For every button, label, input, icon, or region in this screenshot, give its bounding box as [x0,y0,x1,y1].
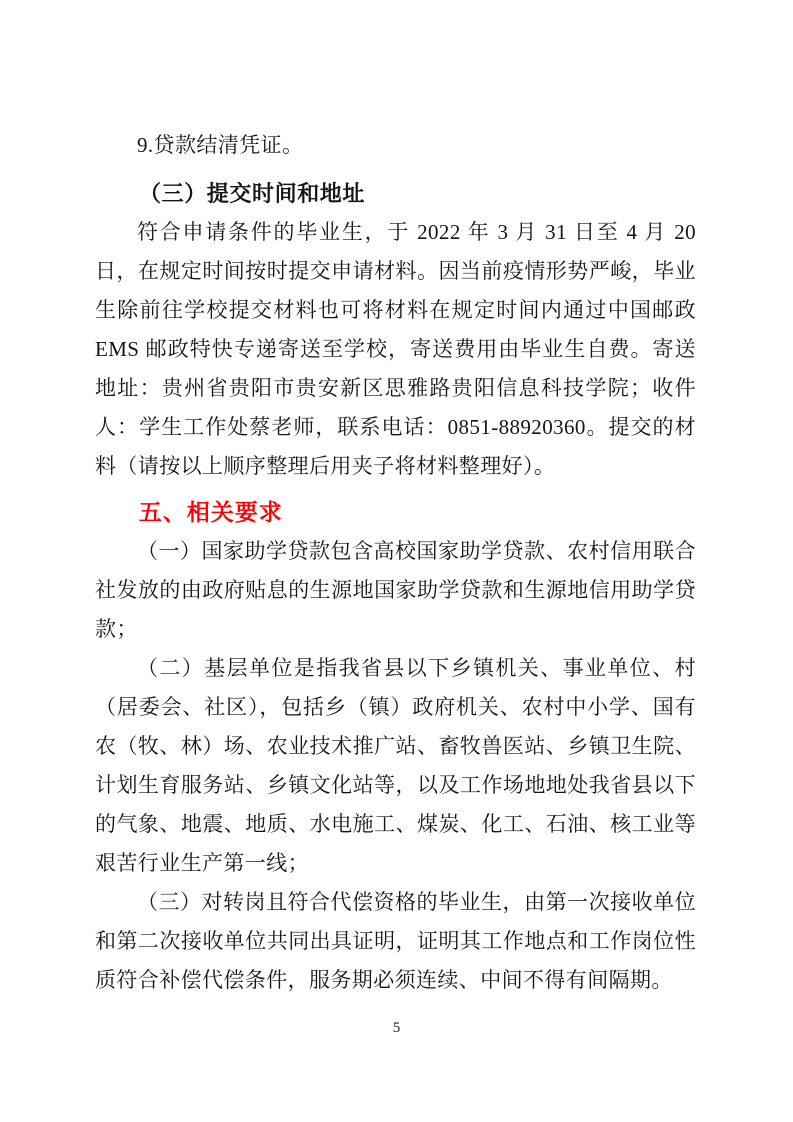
section-heading-submission-time-address: （三）提交时间和地址 [95,174,696,213]
section-heading-related-requirements: 五、相关要求 [95,492,696,532]
paragraph-requirement-1: （一）国家助学贷款包含高校国家助学贷款、农村信用联合社发放的由政府贴息的生源地国… [95,532,696,649]
paragraph-requirement-2: （二）基层单位是指我省县以下乡镇机关、事业单位、村（居委会、社区），包括乡（镇）… [95,649,696,883]
paragraph-requirement-3: （三）对转岗且符合代偿资格的毕业生，由第一次接收单位和第二次接收单位共同出具证明… [95,883,696,1000]
list-item-loan-settlement-proof: 9.贷款结清凭证。 [95,126,696,165]
document-page: 9.贷款结清凭证。 （三）提交时间和地址 符合申请条件的毕业生，于 2022 年… [0,0,793,1122]
page-number: 5 [0,1018,793,1038]
paragraph-submission-details: 符合申请条件的毕业生，于 2022 年 3 月 31 日至 4 月 20 日，在… [95,213,696,486]
document-content: 9.贷款结清凭证。 （三）提交时间和地址 符合申请条件的毕业生，于 2022 年… [95,126,696,1000]
